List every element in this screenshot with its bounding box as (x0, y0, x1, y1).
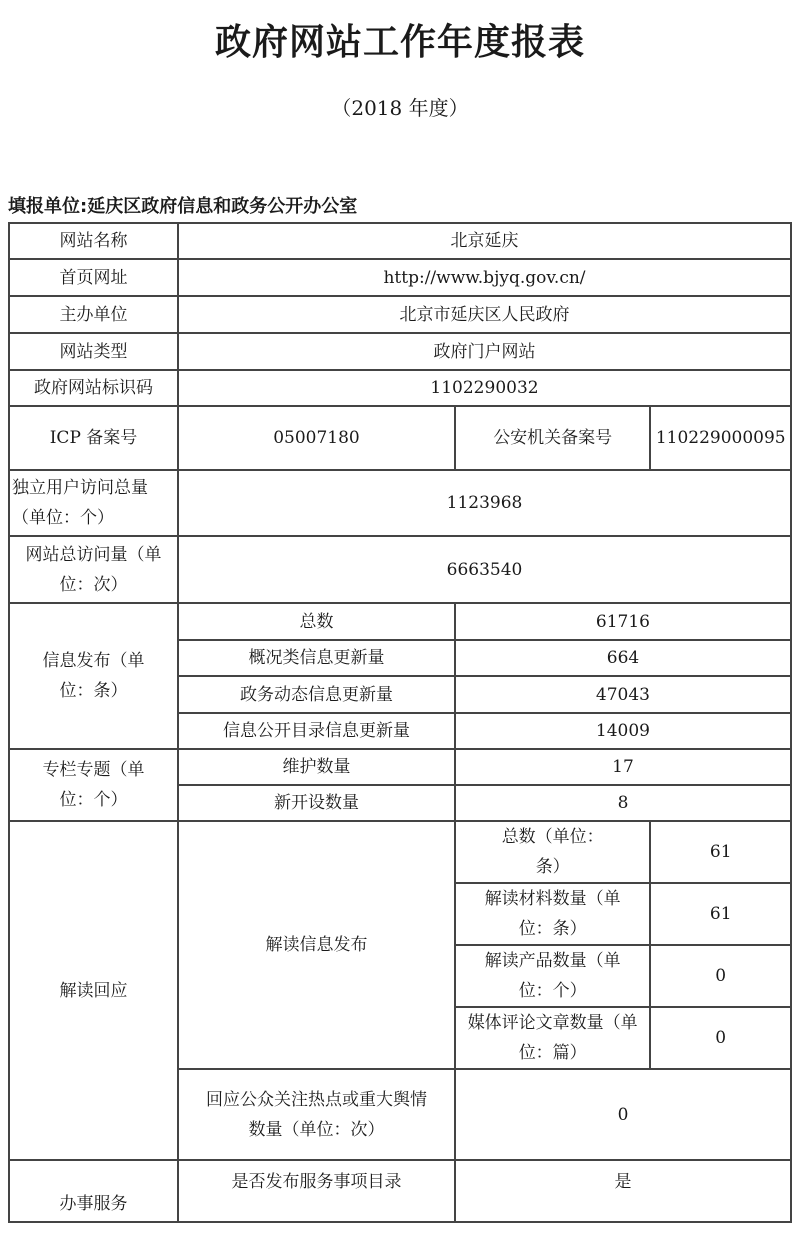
table-row: 网站类型 政府门户网站 (9, 333, 791, 370)
row-label: ICP 备案号 (9, 406, 178, 470)
table-row: 网站总访问量（单位：次） 6663540 (9, 536, 791, 603)
row-value: 0 (650, 945, 791, 1007)
row-label: 总数 (178, 603, 455, 640)
row-value: 1102290032 (178, 370, 791, 406)
row-value: 北京市延庆区人民政府 (178, 296, 791, 333)
row-label: 网站名称 (9, 223, 178, 259)
table-row: 信息发布（单位：条） 总数 61716 (9, 603, 791, 640)
row-value: 61716 (455, 603, 791, 640)
row-value: 1123968 (178, 470, 791, 536)
table-row: ICP 备案号 05007180 公安机关备案号 110229000095 (9, 406, 791, 470)
row-label: 网站总访问量（单位：次） (9, 536, 178, 603)
row-value: 政府门户网站 (178, 333, 791, 370)
row-label: 政府网站标识码 (9, 370, 178, 406)
row-label: 网站类型 (9, 333, 178, 370)
row-label: 首页网址 (9, 259, 178, 296)
row-value: 0 (650, 1007, 791, 1069)
row-value: 北京延庆 (178, 223, 791, 259)
row-value: 是 (455, 1160, 791, 1222)
table-row: 主办单位 北京市延庆区人民政府 (9, 296, 791, 333)
row-label: 政务动态信息更新量 (178, 676, 455, 713)
table-row: 政府网站标识码 1102290032 (9, 370, 791, 406)
row-label: 是否发布服务事项目录 (178, 1160, 455, 1222)
row-value: 61 (650, 883, 791, 945)
table-row: 专栏专题（单位：个） 维护数量 17 (9, 749, 791, 785)
row-value: 0 (455, 1069, 791, 1160)
row-value: 664 (455, 640, 791, 676)
homepage-url: http://www.bjyq.gov.cn/ (178, 259, 791, 296)
row-label: 总数（单位：条） (455, 821, 650, 883)
row-value: 61 (650, 821, 791, 883)
row-label: 独立用户访问总量（单位：个） (9, 470, 178, 536)
table-row: 首页网址 http://www.bjyq.gov.cn/ (9, 259, 791, 296)
row-value: 8 (455, 785, 791, 821)
row-label: 新开设数量 (178, 785, 455, 821)
table-row: 办事服务 是否发布服务事项目录 是 (9, 1160, 791, 1222)
row-value: 14009 (455, 713, 791, 749)
row-value: 6663540 (178, 536, 791, 603)
reporting-unit: 填报单位:延庆区政府信息和政务公开办公室 (8, 192, 357, 218)
row-value: 110229000095 (650, 406, 791, 470)
report-year: （2018 年度） (0, 92, 800, 121)
row-label: 主办单位 (9, 296, 178, 333)
row-label: 解读材料数量（单位：条） (455, 883, 650, 945)
row-label: 信息公开目录信息更新量 (178, 713, 455, 749)
row-label: 解读产品数量（单位：个） (455, 945, 650, 1007)
table-row: 解读回应 解读信息发布 总数（单位：条） 61 (9, 821, 791, 883)
group-label: 解读回应 (9, 821, 178, 1160)
report-title: 政府网站工作年度报表 (0, 14, 800, 65)
row-value: 47043 (455, 676, 791, 713)
row-label: 维护数量 (178, 749, 455, 785)
group-label: 信息发布（单位：条） (9, 603, 178, 749)
report-table: 网站名称 北京延庆 首页网址 http://www.bjyq.gov.cn/ 主… (8, 222, 792, 1223)
row-value: 17 (455, 749, 791, 785)
row-label: 回应公众关注热点或重大舆情数量（单位：次） (178, 1069, 455, 1160)
table-row: 网站名称 北京延庆 (9, 223, 791, 259)
subgroup-label: 解读信息发布 (178, 821, 455, 1069)
row-value: 05007180 (178, 406, 455, 470)
row-label: 概况类信息更新量 (178, 640, 455, 676)
group-label: 办事服务 (9, 1160, 178, 1222)
group-label: 专栏专题（单位：个） (9, 749, 178, 821)
table-row: 独立用户访问总量（单位：个） 1123968 (9, 470, 791, 536)
row-label: 公安机关备案号 (455, 406, 650, 470)
row-label: 媒体评论文章数量（单位：篇） (455, 1007, 650, 1069)
